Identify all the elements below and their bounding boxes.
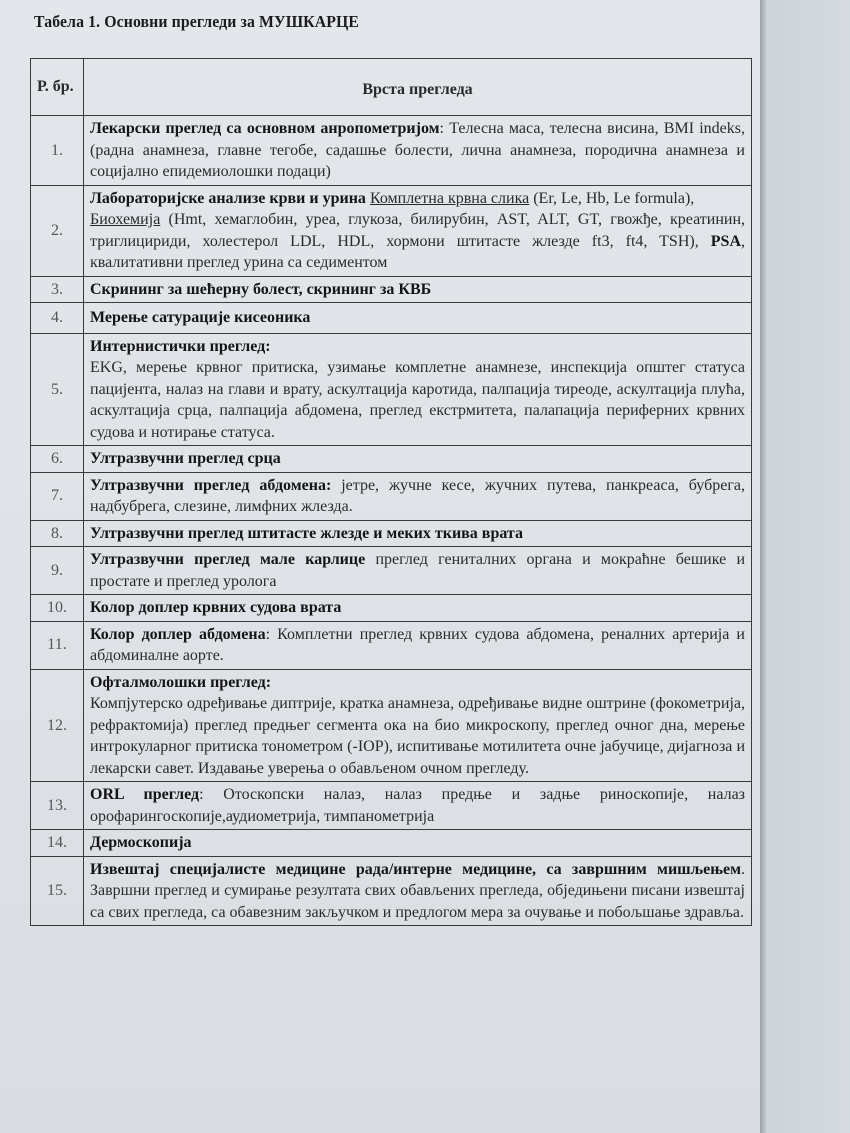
- row-number: 1.: [31, 116, 84, 186]
- row-description: Скрининг за шећерну болест, скрининг за …: [84, 276, 752, 303]
- exam-name: ORL преглед: [90, 786, 199, 803]
- table-row: 13. ORL преглед: Отоскопски налаз, налаз…: [31, 782, 752, 830]
- table-row: 9. Ултразвучни преглед мале карлице прег…: [31, 547, 752, 595]
- row-number: 4.: [31, 303, 84, 334]
- row-number: 2.: [31, 185, 84, 276]
- row-number: 5.: [31, 333, 84, 446]
- row-description: Колор доплер крвних судова врата: [84, 595, 752, 622]
- exam-name: Лабораторијске анализе крви и урина: [90, 190, 366, 207]
- table-row: 2. Лабораторијске анализе крви и урина К…: [31, 185, 752, 276]
- row-description: Интернистички преглед:EKG, мерење крвног…: [84, 333, 752, 446]
- exams-table: Р. бр. Врста прегледа 1. Лекарски прегле…: [30, 58, 752, 926]
- biochemistry-block: Биохемија (Hmt, хемаглобин, уреа, глукоз…: [90, 209, 745, 274]
- biochemistry-details: (Hmt, хемаглобин, уреа, глукоза, билируб…: [90, 211, 745, 250]
- table-row: 7. Ултразвучни преглед абдомена: јетре, …: [31, 472, 752, 520]
- row-description: Извештај специјалисте медицине рада/инте…: [84, 856, 752, 926]
- exam-details: Компјутерско одређивање диптрије, кратка…: [90, 695, 745, 777]
- table-row: 1. Лекарски преглед са основном анропоме…: [31, 116, 752, 186]
- table-row: 12. Офталмолошки преглед:Компјутерско од…: [31, 669, 752, 782]
- row-description: Мерење сатурације кисеоника: [84, 303, 752, 334]
- exam-name: Лекарски преглед са основном анропометри…: [90, 120, 440, 137]
- row-description: Ултразвучни преглед абдомена: јетре, жуч…: [84, 472, 752, 520]
- row-number: 8.: [31, 520, 84, 547]
- row-number: 10.: [31, 595, 84, 622]
- exam-name: Мерење сатурације кисеоника: [90, 309, 310, 326]
- table-row: 15. Извештај специјалисте медицине рада/…: [31, 856, 752, 926]
- exam-name: Офталмолошки преглед:: [90, 672, 745, 694]
- document-page: Табела 1. Основни прегледи за МУШКАРЦЕ Р…: [0, 0, 762, 1133]
- row-description: Лабораторијске анализе крви и урина Комп…: [84, 185, 752, 276]
- row-description: Дермоскопија: [84, 830, 752, 857]
- row-number: 11.: [31, 621, 84, 669]
- exam-name: Извештај специјалисте медицине рада/инте…: [90, 861, 741, 878]
- table-row: 14. Дермоскопија: [31, 830, 752, 857]
- table-row: 11. Колор доплер абдомена: Комплетни пре…: [31, 621, 752, 669]
- table-row: 10. Колор доплер крвних судова врата: [31, 595, 752, 622]
- row-description: Ултразвучни преглед мале карлице преглед…: [84, 547, 752, 595]
- header-exam-type: Врста прегледа: [84, 59, 752, 116]
- row-description: Ултразвучни преглед штитасте жлезде и ме…: [84, 520, 752, 547]
- exam-name: Дермоскопија: [90, 834, 192, 851]
- row-description: ORL преглед: Отоскопски налаз, налаз пре…: [84, 782, 752, 830]
- row-number: 14.: [31, 830, 84, 857]
- row-number: 15.: [31, 856, 84, 926]
- biochemistry-label: Биохемија: [90, 211, 160, 228]
- row-description: Офталмолошки преглед:Компјутерско одређи…: [84, 669, 752, 782]
- row-description: Колор доплер абдомена: Комплетни преглед…: [84, 621, 752, 669]
- row-description: Лекарски преглед са основном анропометри…: [84, 116, 752, 186]
- row-number: 6.: [31, 446, 84, 473]
- exam-name: Интернистички преглед:: [90, 336, 745, 358]
- exam-name: Скрининг за шећерну болест, скрининг за …: [90, 281, 431, 298]
- row-number: 3.: [31, 276, 84, 303]
- table-row: 3. Скрининг за шећерну болест, скрининг …: [31, 276, 752, 303]
- exam-name: Ултразвучни преглед штитасте жлезде и ме…: [90, 525, 523, 542]
- row-number: 9.: [31, 547, 84, 595]
- exam-name: Ултразвучни преглед срца: [90, 450, 281, 467]
- table-title: Табела 1. Основни прегледи за МУШКАРЦЕ: [34, 12, 359, 32]
- table-row: 5. Интернистички преглед:EKG, мерење крв…: [31, 333, 752, 446]
- header-number: Р. бр.: [31, 59, 84, 116]
- cbc-label: Комплетна крвна слика: [370, 190, 529, 207]
- exam-name: Ултразвучни преглед абдомена:: [90, 477, 331, 494]
- exam-name: Колор доплер крвних судова врата: [90, 599, 341, 616]
- row-number: 7.: [31, 472, 84, 520]
- psa-label: PSA: [711, 233, 741, 250]
- table-row: 4. Мерење сатурације кисеоника: [31, 303, 752, 334]
- cbc-details: (Er, Le, Hb, Le formula),: [529, 190, 694, 207]
- row-number: 12.: [31, 669, 84, 782]
- exam-name: Ултразвучни преглед мале карлице: [90, 551, 365, 568]
- table-row: 6. Ултразвучни преглед срца: [31, 446, 752, 473]
- table-row: 8. Ултразвучни преглед штитасте жлезде и…: [31, 520, 752, 547]
- table-header-row: Р. бр. Врста прегледа: [31, 59, 752, 116]
- row-description: Ултразвучни преглед срца: [84, 446, 752, 473]
- exam-details: EKG, мерење крвног притиска, узимање ком…: [90, 359, 745, 441]
- row-number: 13.: [31, 782, 84, 830]
- adjacent-page-edge: [766, 0, 850, 1133]
- exam-name: Колор доплер абдомена: [90, 626, 266, 643]
